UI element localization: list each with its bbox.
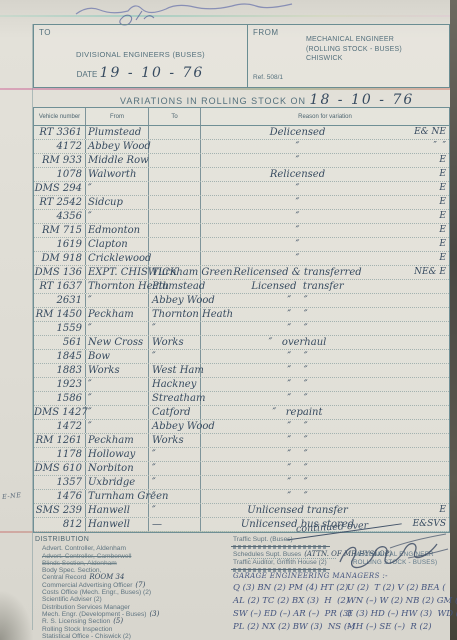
header-from: From	[86, 108, 149, 125]
from-line: CHISWICK	[306, 54, 402, 64]
to-box: TO DIVISIONAL ENGINEERS (BUSES) DATE 19 …	[33, 24, 248, 88]
list-item-note-handwritten	[102, 595, 105, 603]
to-label: TO	[39, 28, 51, 37]
cell-from: Norbiton	[86, 462, 149, 475]
list-item-note-handwritten: (3)	[146, 610, 159, 618]
reason-text: ″ ″	[201, 420, 394, 433]
table-row: RT 2542 Sidcup ″ E	[34, 196, 449, 210]
cell-to	[149, 252, 201, 265]
cell-reason: ″ ″	[201, 448, 449, 461]
cell-vehicle-number: RM 933	[34, 154, 86, 167]
table-row: SMS 239 Hanwell ″ Unlicensed transfer E	[34, 504, 449, 518]
cell-to	[149, 182, 201, 195]
from-line: (ROLLING STOCK - BUSES)	[306, 45, 402, 55]
cell-reason: ″ overhaul	[201, 336, 449, 349]
cell-to: —	[149, 518, 201, 531]
table-row: 1559 ″ ″ ″ ″	[34, 322, 449, 336]
title-date-handwritten: 18 - 10 - 76	[310, 92, 415, 108]
reason-text: ″ ″	[201, 294, 394, 307]
cell-reason: ″ ″	[201, 322, 449, 335]
cell-from: Thornton Heath	[86, 280, 149, 293]
cell-to: Works	[149, 336, 201, 349]
cell-vehicle-number: RM 1450	[34, 308, 86, 321]
reason-text: Relicensed & transferred	[201, 266, 394, 279]
cell-vehicle-number: 1586	[34, 392, 86, 405]
list-item: Traffic Supt. (Buses)	[233, 536, 363, 544]
cell-vehicle-number: DMS 610	[34, 462, 86, 475]
cell-from: Plumstead	[86, 126, 149, 139]
garage-code-line: Q (3) BN (2) PM (4) HT (2)	[233, 582, 345, 595]
cell-from: Walworth	[86, 168, 149, 181]
cell-vehicle-number: 1923	[34, 378, 86, 391]
list-item-text: Blinds Section, Aldenham	[42, 560, 117, 567]
table-row: DMS 136 EXPT. CHISWICK Turnham Green Rel…	[34, 266, 449, 280]
cell-reason: ″ ″	[201, 476, 449, 489]
list-item-text	[233, 545, 328, 549]
cell-to	[149, 196, 201, 209]
cell-from: Uxbridge	[86, 476, 149, 489]
cell-to	[149, 140, 201, 153]
reason-note: E	[439, 252, 446, 265]
cell-reason: ″ ″	[201, 420, 449, 433]
cell-reason: ″ repaint	[201, 406, 449, 419]
table-row: 1586 ″ Streatham ″ ″	[34, 392, 449, 406]
reference-number: Ref. 508/1	[253, 74, 283, 81]
cell-reason: ″ ″	[201, 350, 449, 363]
cell-vehicle-number: RM 1261	[34, 434, 86, 447]
list-item: Distribution Services Manager	[35, 604, 233, 611]
cell-to	[149, 210, 201, 223]
reason-text: ″ overhaul	[201, 336, 394, 349]
table-row: DMS 294 ″ ″ E	[34, 182, 449, 196]
reason-note: E	[439, 238, 446, 251]
cell-reason: ″ ″	[201, 434, 449, 447]
cell-from: EXPT. CHISWICK	[86, 266, 149, 279]
reason-text: ″ ″	[201, 490, 394, 503]
cell-to: ″	[149, 350, 201, 363]
cell-vehicle-number: DM 918	[34, 252, 86, 265]
scan-streak	[0, 88, 457, 90]
cell-to: Abbey Wood	[149, 420, 201, 433]
from-box: FROM MECHANICAL ENGINEER (ROLLING STOCK …	[247, 24, 450, 88]
top-scribble	[70, 0, 330, 26]
cell-vehicle-number: RT 2542	[34, 196, 86, 209]
list-item-note-handwritten: (7)	[132, 581, 145, 589]
reason-note: E	[439, 196, 446, 209]
cell-from: Abbey Wood	[86, 140, 149, 153]
table-row: RM 1450 Peckham Thornton Heath ″ ″	[34, 308, 449, 322]
reason-text: ″ ″	[201, 350, 394, 363]
scanned-document-page: TO DIVISIONAL ENGINEERS (BUSES) DATE 19 …	[0, 0, 457, 640]
reason-text: ″ ″	[201, 392, 394, 405]
scan-smudge	[0, 590, 34, 640]
cell-from: Clapton	[86, 238, 149, 251]
table-row: 4172 Abbey Wood ″ ″ ″	[34, 140, 449, 154]
table-header-row: Vehicle number From To Reason for variat…	[34, 108, 449, 126]
reason-text: Licensed transfer	[201, 280, 394, 293]
title-text: VARIATIONS IN ROLLING STOCK ON	[120, 96, 306, 106]
list-item-text: Scientific Adviser (2)	[42, 596, 102, 603]
list-item: Scientific Adviser (2)	[35, 596, 233, 603]
cell-from: Works	[86, 364, 149, 377]
cell-reason: ″ ″	[201, 462, 449, 475]
table-row: DMS 610 Norbiton ″ ″ ″	[34, 462, 449, 476]
table-row: 1178 Holloway ″ ″ ″	[34, 448, 449, 462]
reason-text: ″ ″	[201, 448, 394, 461]
cell-to: Plumstead	[149, 280, 201, 293]
cell-to: ″	[149, 322, 201, 335]
cell-reason: ″ ″	[201, 294, 449, 307]
cell-to: Works	[149, 434, 201, 447]
list-item-text: Advert. Controller, Aldenham	[42, 545, 126, 552]
garage-code-line: AL (2) TC (2) BX (3) H (2)	[233, 595, 345, 608]
reason-note: ″ ″	[434, 140, 446, 153]
reason-note: E	[439, 224, 446, 237]
reason-note: E	[439, 504, 446, 517]
list-item-note-handwritten	[131, 552, 134, 560]
cell-reason: ″ ″ ″	[201, 140, 449, 153]
cell-from: Turnham Green	[86, 490, 149, 503]
garage-codes-left: Q (3) BN (2) PM (4) HT (2)AL (2) TC (2) …	[233, 582, 345, 634]
cell-reason: ″ ″	[201, 490, 449, 503]
list-item-note-handwritten	[293, 535, 296, 543]
reason-text: ″ ″	[201, 462, 394, 475]
date-value-handwritten: 19 - 10 - 76	[100, 65, 205, 81]
reason-note: NE& E	[414, 266, 446, 279]
distribution-list: DISTRIBUTION Advert. Controller, Aldenha…	[35, 536, 233, 640]
cell-reason: ″ E	[201, 154, 449, 167]
reason-text: ″	[201, 210, 394, 223]
cell-vehicle-number: 812	[34, 518, 86, 531]
table-row: 1078 Walworth Relicensed E	[34, 168, 449, 182]
list-item: Advert. Controller, Camberwell	[35, 553, 233, 560]
cell-vehicle-number: 1357	[34, 476, 86, 489]
list-item-note-handwritten	[126, 544, 129, 552]
cell-reason: ″ E	[201, 182, 449, 195]
date-line: DATE 19 - 10 - 76	[34, 65, 247, 81]
cell-vehicle-number: 1845	[34, 350, 86, 363]
table-row: 4356 ″ ″ E	[34, 210, 449, 224]
cell-to: Hackney	[149, 378, 201, 391]
list-item-text: Distribution Services Manager	[42, 604, 130, 611]
cell-from: ″	[86, 378, 149, 391]
cell-vehicle-number: RT 3361	[34, 126, 86, 139]
table-row: 1619 Clapton ″ E	[34, 238, 449, 252]
to-addressee: DIVISIONAL ENGINEERS (BUSES)	[34, 50, 247, 59]
cell-from: ″	[86, 322, 149, 335]
list-item-note-handwritten: ROOM 34	[86, 573, 124, 581]
garage-managers-heading: GARAGE ENGINEERING MANAGERS :-	[233, 572, 388, 580]
list-item-note-handwritten	[117, 559, 120, 567]
rolling-stock-table: Vehicle number From To Reason for variat…	[33, 107, 450, 533]
cell-reason: Relicensed E	[201, 168, 449, 181]
reason-note: E&SVS	[413, 518, 446, 531]
cell-to: Abbey Wood	[149, 294, 201, 307]
stamp-line: MECHANICAL ENGINEER	[338, 551, 450, 559]
cell-to: Turnham Green	[149, 266, 201, 279]
table-row: 1357 Uxbridge ″ ″ ″	[34, 476, 449, 490]
table-row: 561 New Cross Works ″ overhaul	[34, 336, 449, 350]
cell-reason: ″ E	[201, 210, 449, 223]
cell-reason: Unlicensed transfer E	[201, 504, 449, 517]
cell-vehicle-number: 1476	[34, 490, 86, 503]
list-item-text: Traffic Supt. (Buses)	[233, 536, 293, 543]
distribution-heading: DISTRIBUTION	[35, 536, 233, 543]
header-to: To	[149, 108, 201, 125]
list-item-note-handwritten	[112, 625, 115, 633]
cell-to: Streatham	[149, 392, 201, 405]
garage-code-line: E (3) HD (–) HW (3) WD (–	[347, 608, 457, 621]
reason-text: ″ ″	[201, 364, 394, 377]
page-title: VARIATIONS IN ROLLING STOCK ON 18 - 10 -…	[120, 92, 414, 108]
cell-vehicle-number: 1883	[34, 364, 86, 377]
list-item-text: Commercial Advertising Officer	[42, 582, 132, 589]
margin-note: E-NE	[2, 491, 22, 501]
cell-reason: ″ ″	[201, 392, 449, 405]
cell-to: ″	[149, 462, 201, 475]
list-item: Statistical Office - Chiswick (2)	[35, 633, 233, 640]
table-row: RM 715 Edmonton ″ E	[34, 224, 449, 238]
reason-text: ″ repaint	[201, 406, 394, 419]
from-addressee: MECHANICAL ENGINEER (ROLLING STOCK - BUS…	[306, 35, 402, 64]
cell-vehicle-number: 561	[34, 336, 86, 349]
garage-code-line: U (2) T (2) V (2) BEA (	[347, 582, 457, 595]
reason-text: ″ ″	[201, 322, 394, 335]
cell-reason: Relicensed & transferred NE& E	[201, 266, 449, 279]
cell-to: ″	[149, 504, 201, 517]
list-item-note-handwritten	[151, 588, 154, 596]
list-item: Commercial Advertising Officer(7)	[35, 582, 233, 589]
reason-text: ″ ″	[201, 308, 394, 321]
cell-vehicle-number: 1559	[34, 322, 86, 335]
garage-code-line: PL (2) NX (2) BW (3) NS (–)	[233, 621, 345, 634]
table-row: RM 933 Middle Row ″ E	[34, 154, 449, 168]
header-vehicle-number: Vehicle number	[34, 108, 86, 125]
list-item-text: R. S. Licensing Section	[42, 618, 110, 625]
garage-code-line: SW (–) ED (–) AR (–) PR (3)	[233, 608, 345, 621]
cell-from: Peckham	[86, 434, 149, 447]
cell-from: Holloway	[86, 448, 149, 461]
list-item: Rolling Stock Inspection	[35, 626, 233, 633]
cell-vehicle-number: RT 1637	[34, 280, 86, 293]
cell-from: Cricklewood	[86, 252, 149, 265]
reason-note: E& NE	[414, 126, 446, 139]
reason-text: ″	[201, 154, 394, 167]
cell-reason: ″ E	[201, 224, 449, 237]
cell-from: ″	[86, 182, 149, 195]
cell-from: New Cross	[86, 336, 149, 349]
reason-text: ″ ″	[201, 434, 394, 447]
from-line: MECHANICAL ENGINEER	[306, 35, 402, 45]
garage-code-line: WN (–) W (2) NB (2) GM (–	[347, 595, 457, 608]
table-row: 2631 ″ Abbey Wood ″ ″	[34, 294, 449, 308]
cell-reason: ″ E	[201, 196, 449, 209]
cell-from: Hanwell	[86, 518, 149, 531]
sender-stamp: MECHANICAL ENGINEER (ROLLING STOCK - BUS…	[338, 551, 450, 567]
garage-code-line: MH (–) SE (–) R (2)	[347, 621, 457, 634]
list-item-note-handwritten	[130, 603, 133, 611]
cell-reason: ″ ″	[201, 378, 449, 391]
reason-note: E	[439, 154, 446, 167]
cell-to	[149, 168, 201, 181]
distribution-items: Advert. Controller, Aldenham Advert. Con…	[35, 545, 233, 640]
cell-from: ″	[86, 210, 149, 223]
reason-text: ″	[201, 238, 394, 251]
cell-vehicle-number: SMS 239	[34, 504, 86, 517]
cell-vehicle-number: DMS 1427	[34, 406, 86, 419]
cell-from: Hanwell	[86, 504, 149, 517]
list-item-text: Statistical Office - Chiswick (2)	[42, 633, 131, 640]
cell-reason: ″ ″	[201, 308, 449, 321]
table-row: 1923 ″ Hackney ″ ″	[34, 378, 449, 392]
cell-reason: ″ ″	[201, 364, 449, 377]
page-torn-edge	[450, 0, 457, 640]
cell-vehicle-number: 1178	[34, 448, 86, 461]
list-item-text: Central Record	[42, 574, 86, 581]
cell-reason: Delicensed E& NE	[201, 126, 449, 139]
table-row: DMS 1427 ″ Catford ″ repaint	[34, 406, 449, 420]
reason-text: Delicensed	[201, 126, 394, 139]
list-item-text: Traffic Auditor, Griffith House (2)	[233, 559, 327, 566]
date-label: DATE	[77, 70, 98, 79]
cell-from: Bow	[86, 350, 149, 363]
cell-to: ″	[149, 476, 201, 489]
list-item: Advert. Controller, Aldenham	[35, 545, 233, 552]
cell-reason: Licensed transfer	[201, 280, 449, 293]
cell-vehicle-number: 1619	[34, 238, 86, 251]
list-item: R. S. Licensing Section(5)	[35, 618, 233, 625]
reason-text: ″	[201, 224, 394, 237]
cell-vehicle-number: DMS 136	[34, 266, 86, 279]
cell-to: Thornton Heath	[149, 308, 201, 321]
scan-streak	[0, 15, 457, 17]
table-row: 1845 Bow ″ ″ ″	[34, 350, 449, 364]
cell-from: Edmonton	[86, 224, 149, 237]
cell-reason: ″ E	[201, 238, 449, 251]
cell-reason: ″ E	[201, 252, 449, 265]
table-row: 1472 ″ Abbey Wood ″ ″	[34, 420, 449, 434]
cell-to: ″	[149, 490, 201, 503]
cell-from: ″	[86, 294, 149, 307]
reason-note: E	[439, 168, 446, 181]
header-reason: Reason for variation	[201, 108, 449, 125]
reason-text: ″	[201, 182, 394, 195]
cell-from: Peckham	[86, 308, 149, 321]
dotted-signature-line	[248, 558, 336, 559]
table-row: DM 918 Cricklewood ″ E	[34, 252, 449, 266]
cell-to: West Ham	[149, 364, 201, 377]
cell-vehicle-number: 2631	[34, 294, 86, 307]
cell-from: ″	[86, 406, 149, 419]
list-item-text: Rolling Stock Inspection	[42, 626, 112, 633]
list-item-text: Mech. Engr. (Development - Buses)	[42, 611, 146, 618]
reason-text: ″ ″	[201, 378, 394, 391]
cell-from: Middle Row	[86, 154, 149, 167]
from-label: FROM	[253, 28, 279, 37]
cell-to	[149, 154, 201, 167]
garage-codes-right: U (2) T (2) V (2) BEA (WN (–) W (2) NB (…	[347, 582, 457, 634]
cell-to: Catford	[149, 406, 201, 419]
reason-note: E	[439, 182, 446, 195]
cell-vehicle-number: RM 715	[34, 224, 86, 237]
cell-vehicle-number: 4356	[34, 210, 86, 223]
cell-to: ″	[149, 448, 201, 461]
reason-text: ″ ″	[201, 476, 394, 489]
table-row: RM 1261 Peckham Works ″ ″	[34, 434, 449, 448]
cell-vehicle-number: DMS 294	[34, 182, 86, 195]
cell-vehicle-number: 1078	[34, 168, 86, 181]
reason-text: ″	[201, 252, 394, 265]
reason-text: ″	[201, 196, 394, 209]
cell-from: ″	[86, 392, 149, 405]
table-body: RT 3361 Plumstead Delicensed E& NE 4172 …	[34, 126, 449, 532]
reason-note: E	[439, 210, 446, 223]
stamp-line: (ROLLING STOCK - BUSES)	[338, 559, 450, 567]
cell-vehicle-number: 4172	[34, 140, 86, 153]
table-row: 1476 Turnham Green ″ ″ ″	[34, 490, 449, 504]
table-row: RT 3361 Plumstead Delicensed E& NE	[34, 126, 449, 140]
reason-text: ″	[201, 140, 394, 153]
table-row: RT 1637 Thornton Heath Plumstead License…	[34, 280, 449, 294]
cell-to	[149, 126, 201, 139]
cell-from: ″	[86, 420, 149, 433]
reason-text: Relicensed	[201, 168, 394, 181]
cell-to	[149, 224, 201, 237]
cell-from: Sidcup	[86, 196, 149, 209]
reason-text: Unlicensed transfer	[201, 504, 394, 517]
cell-to	[149, 238, 201, 251]
list-item-note-handwritten	[131, 632, 134, 640]
cell-vehicle-number: 1472	[34, 420, 86, 433]
table-row: 1883 Works West Ham ″ ″	[34, 364, 449, 378]
